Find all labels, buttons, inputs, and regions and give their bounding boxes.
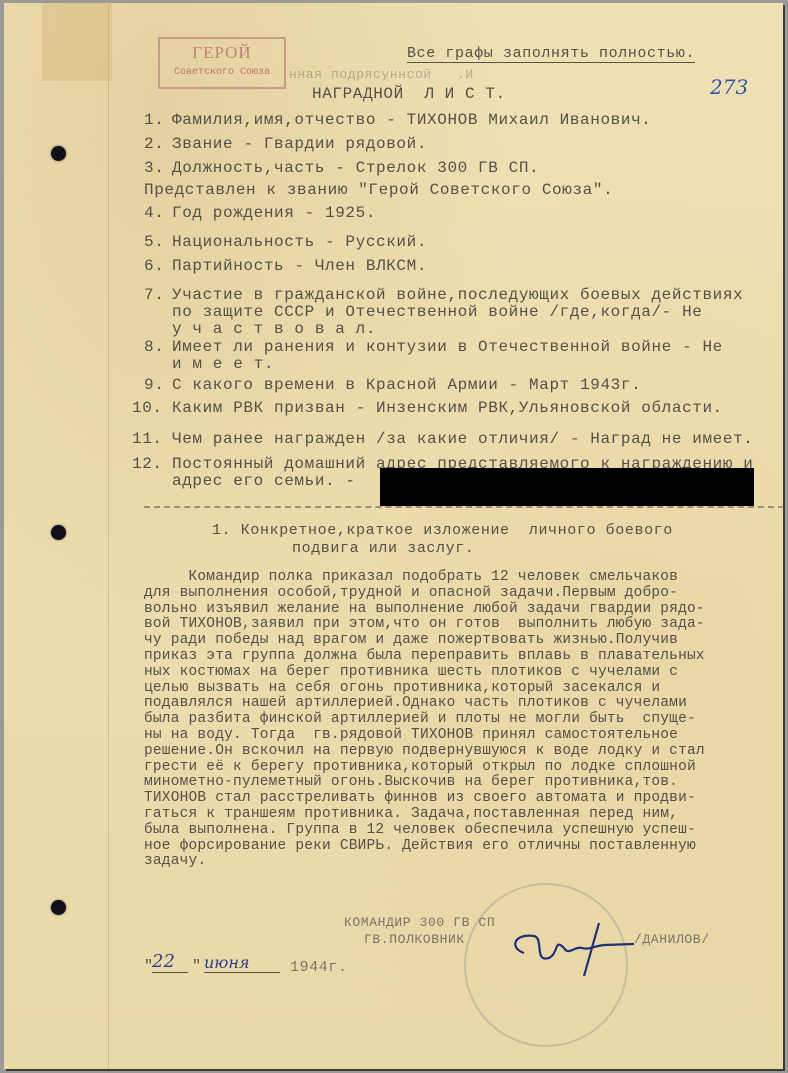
field-text-continuation: у ч а с т в о в а л. <box>172 320 376 338</box>
field-text: Каким РВК призван - Инзенским РВК,Ульяно… <box>172 399 723 417</box>
field-text: Участие в гражданской войне,последующих … <box>172 286 743 304</box>
redacted-address <box>380 468 754 506</box>
field-number: 12. <box>132 455 163 473</box>
punch-hole-icon <box>51 146 66 161</box>
field-number: 7. <box>144 286 164 304</box>
field-text: Звание - Гвардии рядовой. <box>172 135 427 153</box>
body-line: грести её к берегу противника,который от… <box>144 759 696 775</box>
document-title: НАГРАДНОЙ Л И С Т. <box>312 85 506 103</box>
faint-bleedthrough-text: нная подрясуннсой .И <box>289 67 474 82</box>
field-text: Партийность - Член ВЛКСМ. <box>172 257 427 275</box>
field-number: 4. <box>144 204 164 222</box>
signature-name: /ДАНИЛОВ/ <box>634 932 710 947</box>
field-text: Представлен к званию "Герой Советского С… <box>144 181 613 199</box>
stamp-title: ГЕРОЙ <box>160 43 284 63</box>
field-number: 1. <box>144 111 164 129</box>
body-line: задачу. <box>144 853 206 869</box>
body-line: приказ эта группа должна была переправит… <box>144 648 705 664</box>
body-line: вольно изъявил желание на выполнение люб… <box>144 601 705 617</box>
field-number: 11. <box>132 430 163 448</box>
body-line: вой ТИХОНОВ,заявил при этом,что он готов… <box>144 616 705 632</box>
date-year: 1944г. <box>290 959 348 976</box>
body-line: ных костюмах на берег противника шесть п… <box>144 664 678 680</box>
separator-line <box>144 506 784 508</box>
hero-stamp: ГЕРОЙ Советского Союза <box>158 37 286 89</box>
page-fold-line <box>108 3 109 1069</box>
body-line: гаться к траншеям противника. Задача,пос… <box>144 806 678 822</box>
body-line: была разбита финской артиллерией и плоты… <box>144 711 696 727</box>
field-text: С какого времени в Красной Армии - Март … <box>172 376 641 394</box>
date-day: 22 <box>152 951 188 973</box>
body-line: целью вызвать на себя огонь противника,к… <box>144 680 660 696</box>
body-line: чу ради победы над врагом и даже пожертв… <box>144 632 678 648</box>
field-text-continuation: и м е е т. <box>172 355 274 373</box>
field-number: 2. <box>144 135 164 153</box>
punch-hole-icon <box>51 525 66 540</box>
body-line: была выполнена. Группа в 12 человек обес… <box>144 822 696 838</box>
field-text: Имеет ли ранения и контузии в Отечествен… <box>172 338 723 356</box>
field-text: Должность,часть - Стрелок 300 ГВ СП. <box>172 159 539 177</box>
field-number: 8. <box>144 338 164 356</box>
field-number: 6. <box>144 257 164 275</box>
field-text-continuation: по защите СССР и Отечественной войне /гд… <box>172 303 702 321</box>
field-number: 10. <box>132 399 163 417</box>
field-text: Национальность - Русский. <box>172 233 427 251</box>
field-text: Чем ранее награжден /за какие отличия/ -… <box>172 430 754 448</box>
body-line: для выполнения особой,трудной и опасной … <box>144 585 678 601</box>
field-number: 9. <box>144 376 164 394</box>
body-line: подавлялся нашей артиллерией.Однако част… <box>144 695 687 711</box>
body-line: ны на воду. Тогда гв.рядовой ТИХОНОВ при… <box>144 727 678 743</box>
date-month: июня <box>204 953 280 973</box>
date-close-quote: " <box>192 958 202 975</box>
handwritten-signature-icon <box>504 918 644 978</box>
award-sheet-page: ГЕРОЙ Советского Союза Все графы заполня… <box>4 3 783 1069</box>
field-number: 3. <box>144 159 164 177</box>
section-title-line2: подвига или заслуг. <box>292 540 474 557</box>
body-line: минометно-пулеметный огонь.Выскочив на б… <box>144 774 678 790</box>
stamp-subtitle: Советского Союза <box>162 67 282 78</box>
field-text: Год рождения - 1925. <box>172 204 376 222</box>
paper-stain <box>42 3 112 81</box>
field-text-continuation: адрес его семьи. - <box>172 472 356 490</box>
archive-number: 273 <box>710 75 748 99</box>
body-line: Командир полка приказал подобрать 12 чел… <box>144 569 678 585</box>
field-number: 5. <box>144 233 164 251</box>
body-line: ТИХОНОВ стал расстреливать финнов из сво… <box>144 790 696 806</box>
section-title-line1: 1. Конкретное,краткое изложение личного … <box>212 522 673 539</box>
signature-rank: ГВ.ПОЛКОВНИК <box>364 932 465 947</box>
field-text: Фамилия,имя,отчество - ТИХОНОВ Михаил Ив… <box>172 111 651 129</box>
punch-hole-icon <box>51 900 66 915</box>
body-line: решение.Он вскочил на первую подвернувшу… <box>144 743 705 759</box>
body-line: ное форсирование реки СВИРЬ. Действия ег… <box>144 838 696 854</box>
instruction-text: Все графы заполнять полностью. <box>407 45 695 63</box>
signature-title: КОМАНДИР 300 ГВ СП <box>344 915 495 930</box>
